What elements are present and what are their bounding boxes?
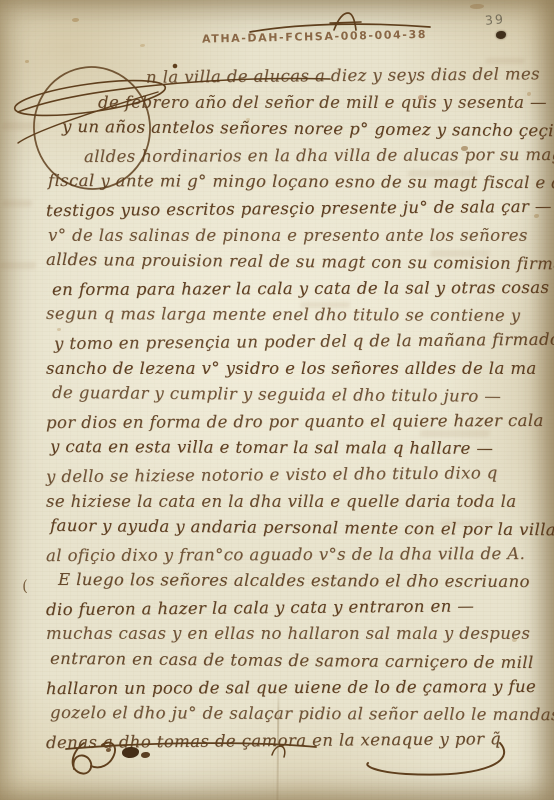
archive-reference: ATHA-DAH-FCHSA-008-004-38: [202, 27, 452, 45]
manuscript-line: de febrero año del señor de mill e quis …: [98, 90, 540, 117]
manuscript-line: fauor y ayuda y andaria personal mente c…: [50, 513, 540, 544]
showthrough-mark: [485, 58, 526, 64]
manuscript-line: v° de las salinas de pinona e presento a…: [48, 223, 540, 250]
folio-number: 39: [484, 11, 505, 28]
showthrough-mark: [430, 250, 491, 257]
manuscript-line: dio fueron a hazer la cala y cata y entr…: [46, 593, 540, 624]
showthrough-mark: [2, 122, 41, 130]
manuscript-text: n la villa de alucas a diez y seys dias …: [46, 63, 540, 754]
manuscript-line: y un años antelos señores noree p° gomez…: [62, 114, 540, 145]
manuscript-line: y dello se hiziese notorio e visto el dh…: [46, 460, 540, 491]
showthrough-mark: [408, 170, 479, 177]
manuscript-line: alldes hordinarios en la dha villa de al…: [84, 142, 540, 171]
fox-spot: [72, 18, 79, 22]
manuscript-line: hallaron un poco de sal que uiene de lo …: [46, 674, 540, 703]
showthrough-mark: [0, 262, 36, 269]
manuscript-line: testigos yuso escritos paresçio presente…: [46, 194, 540, 225]
bottom-rubric-flourish-icon: [48, 736, 520, 798]
manuscript-line: entraron en casa de tomas de samora carn…: [50, 646, 540, 677]
manuscript-line: sancho de lezena v° ysidro e los señores…: [46, 356, 540, 383]
showthrough-mark: [300, 302, 351, 308]
manuscript-page: ATHA-DAH-FCHSA-008-004-38 39 n la villa …: [0, 0, 554, 800]
fox-spot: [470, 4, 484, 9]
manuscript-line: se hiziese la cata en la dha villa e que…: [46, 489, 540, 516]
ink-blot: [496, 31, 506, 39]
manuscript-line: y cata en esta villa e tomar la sal mala…: [50, 434, 540, 463]
manuscript-line: segun q mas larga mente enel dho titulo …: [46, 301, 540, 330]
manuscript-line: gozelo el dho ju° de salaçar pidio al se…: [50, 700, 540, 729]
manuscript-line: de guardar y cumplir y seguida el dho ti…: [52, 380, 540, 411]
manuscript-line: en forma para hazer la cala y cata de la…: [52, 275, 540, 304]
manuscript-line: n la villa de alucas a diez y seys dias …: [146, 61, 540, 91]
showthrough-mark: [2, 200, 33, 207]
manuscript-line: y tomo en presençia un poder del q de la…: [54, 327, 540, 358]
manuscript-line: al ofiçio dixo y fran°co aguado v°s de l…: [46, 541, 540, 570]
manuscript-line: muchas casas y en ellas no hallaron sal …: [46, 621, 540, 648]
margin-mark: (: [20, 577, 29, 596]
manuscript-line: E luego los señores alcaldes estando el …: [58, 567, 540, 596]
showthrough-mark: [420, 430, 491, 437]
showthrough-mark: [440, 520, 496, 526]
